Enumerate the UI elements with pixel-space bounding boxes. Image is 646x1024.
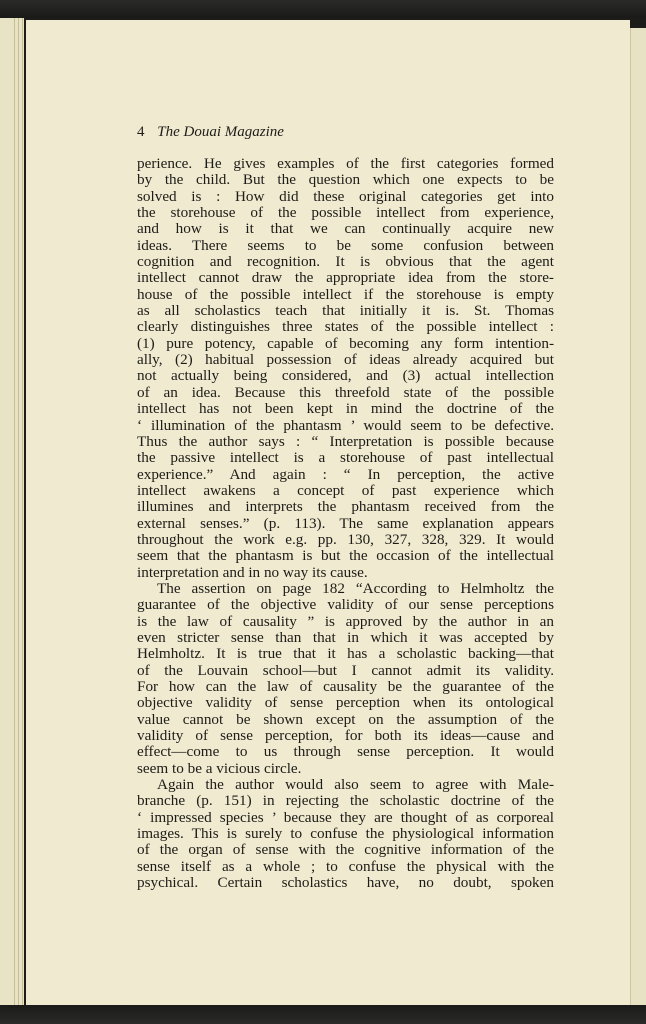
scan-background-bottom [0,1005,646,1024]
text-line: and how is it that we can continually ac… [137,221,554,237]
text-line: Again the author would also seem to agre… [137,777,554,793]
text-line: value cannot be shown except on the assu… [137,712,554,728]
text-line: illumines and interprets the phantasm re… [137,499,554,515]
text-line: psychical. Certain scholastics have, no … [137,875,554,891]
text-line: sense itself as a whole ; to confuse the… [137,859,554,875]
text-line: intellect has not been kept in mind the … [137,401,554,417]
page-edge-line [22,18,23,1005]
text-line: seem that the phantasm is but the occasi… [137,548,554,564]
text-line: as all scholastics teach that initially … [137,303,554,319]
text-line: For how can the law of causality be the … [137,679,554,695]
text-line: perience. He gives examples of the first… [137,156,554,172]
facing-page-edge [630,28,646,1005]
text-line: seem to be a vicious circle. [137,761,554,777]
text-line: solved is : How did these original categ… [137,189,554,205]
text-line: objective validity of sense perception w… [137,695,554,711]
text-line: branche (p. 151) in rejecting the schola… [137,793,554,809]
text-line: validity of sense perception, for both i… [137,728,554,744]
text-line: ‘ illumination of the phantasm ’ would s… [137,418,554,434]
scan-background-top [0,0,646,18]
text-line: guarantee of the objective validity of o… [137,597,554,613]
page-number: 4 [137,124,145,140]
text-line: cognition and recognition. It is obvious… [137,254,554,270]
text-line: house of the possible intellect if the s… [137,287,554,303]
page-stack-edge-left [0,18,24,1005]
text-line: even stricter sense than that in which i… [137,630,554,646]
text-line: is the law of causality ” is approved by… [137,614,554,630]
text-line: clearly distinguishes three states of th… [137,319,554,335]
text-line: ‘ impressed species ’ because they are t… [137,810,554,826]
running-head: 4 The Douai Magazine [137,124,284,141]
magazine-title: The Douai Magazine [157,124,284,140]
text-line: (1) pure potency, capable of becoming an… [137,336,554,352]
text-line: not actually being considered, and (3) a… [137,368,554,384]
text-line: ideas. There seems to be some confusion … [137,238,554,254]
page-edge-line [14,18,15,1005]
text-line: intellect cannot draw the appropriate id… [137,270,554,286]
text-line: The assertion on page 182 “According to … [137,581,554,597]
text-line: of an idea. Because this threefold state… [137,385,554,401]
text-line: external senses.” (p. 113). The same exp… [137,516,554,532]
text-line: the storehouse of the possible intellect… [137,205,554,221]
text-line: throughout the work e.g. pp. 130, 327, 3… [137,532,554,548]
text-line: ally, (2) habitual possession of ideas a… [137,352,554,368]
text-line: experience.” And again : “ In perception… [137,467,554,483]
text-line: of the Louvain school—but I cannot admit… [137,663,554,679]
text-line: by the child. But the question which one… [137,172,554,188]
body-text: perience. He gives examples of the first… [137,156,554,891]
text-line: images. This is surely to confuse the ph… [137,826,554,842]
text-line: Helmholtz. It is true that it has a scho… [137,646,554,662]
page-edge-line [18,18,19,1005]
text-line: intellect awakens a concept of past expe… [137,483,554,499]
text-line: interpretation and in no way its cause. [137,565,554,581]
text-line: Thus the author says : “ Interpretation … [137,434,554,450]
text-line: the passive intellect is a storehouse of… [137,450,554,466]
text-line: effect—come to us through sense percepti… [137,744,554,760]
text-line: of the organ of sense with the cognitive… [137,842,554,858]
